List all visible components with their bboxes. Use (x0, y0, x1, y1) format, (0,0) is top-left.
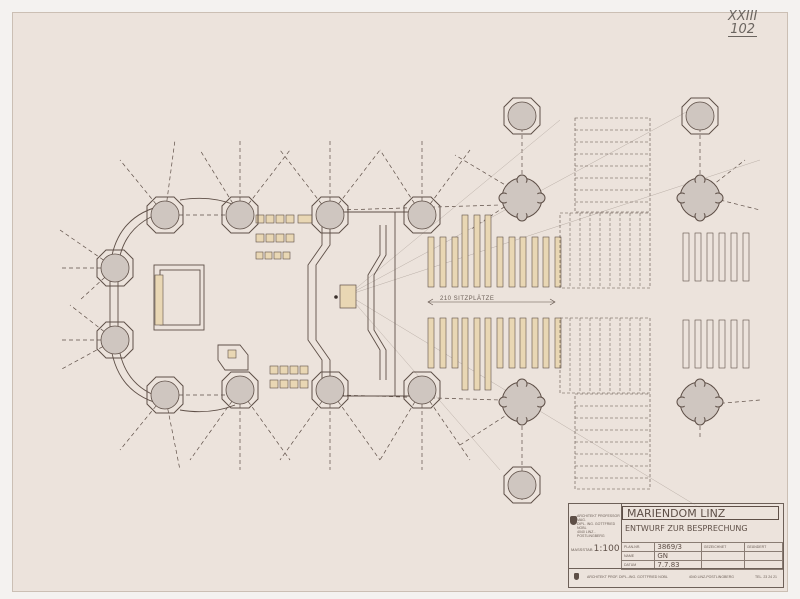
name-value: GN (655, 552, 701, 561)
gezeichnet-label: GEZEICHNET (701, 543, 744, 552)
footer-architect: ARCHITEKT PROF. DIPL.-ING. GOTTFRIED NOB… (587, 575, 668, 579)
austrian-eagle-icon (570, 516, 577, 525)
plan-info-table: PLAN-NR. 3869/3 GEZEICHNET GEÄNDERT NAME… (621, 542, 783, 570)
architect-line-3: 4040 LINZ - POSTLINGBERG (577, 530, 622, 538)
scale-value: 1:100 (594, 544, 620, 554)
footer-phone: TEL. 23 24 21 (755, 575, 777, 579)
geaendert-label: GEÄNDERT (744, 543, 782, 552)
architect-line-2: DIPL. ING. GOTTFRIED NOBL (577, 522, 622, 530)
scale-label: MASSSTAB (571, 547, 593, 552)
architect-line-1: ARCHITEKT PROFESSOR MAG. (577, 514, 622, 522)
architect-header: ARCHITEKT PROFESSOR MAG. DIPL. ING. GOTT… (577, 514, 622, 538)
project-title: MARIENDOM LINZ (622, 506, 779, 520)
empty-cell (744, 552, 782, 561)
seating-capacity-label: 210 SITZPLÄTZE (440, 296, 494, 302)
name-label: NAME (622, 552, 655, 561)
plan-nr-value: 3869/3 (655, 543, 701, 552)
empty-cell (701, 552, 744, 561)
scale: MASSSTAB 1:100 (571, 544, 620, 554)
title-block-footer: ARCHITEKT PROF. DIPL.-ING. GOTTFRIED NOB… (569, 570, 783, 579)
footer-address: 4040 LINZ-POSTLINGBERG (689, 575, 734, 579)
project-subtitle: ENTWURF ZUR BESPRECHUNG (625, 524, 748, 533)
title-block: ARCHITEKT PROFESSOR MAG. DIPL. ING. GOTT… (568, 503, 784, 588)
plan-nr-label: PLAN-NR. (622, 543, 655, 552)
divider (569, 568, 783, 569)
